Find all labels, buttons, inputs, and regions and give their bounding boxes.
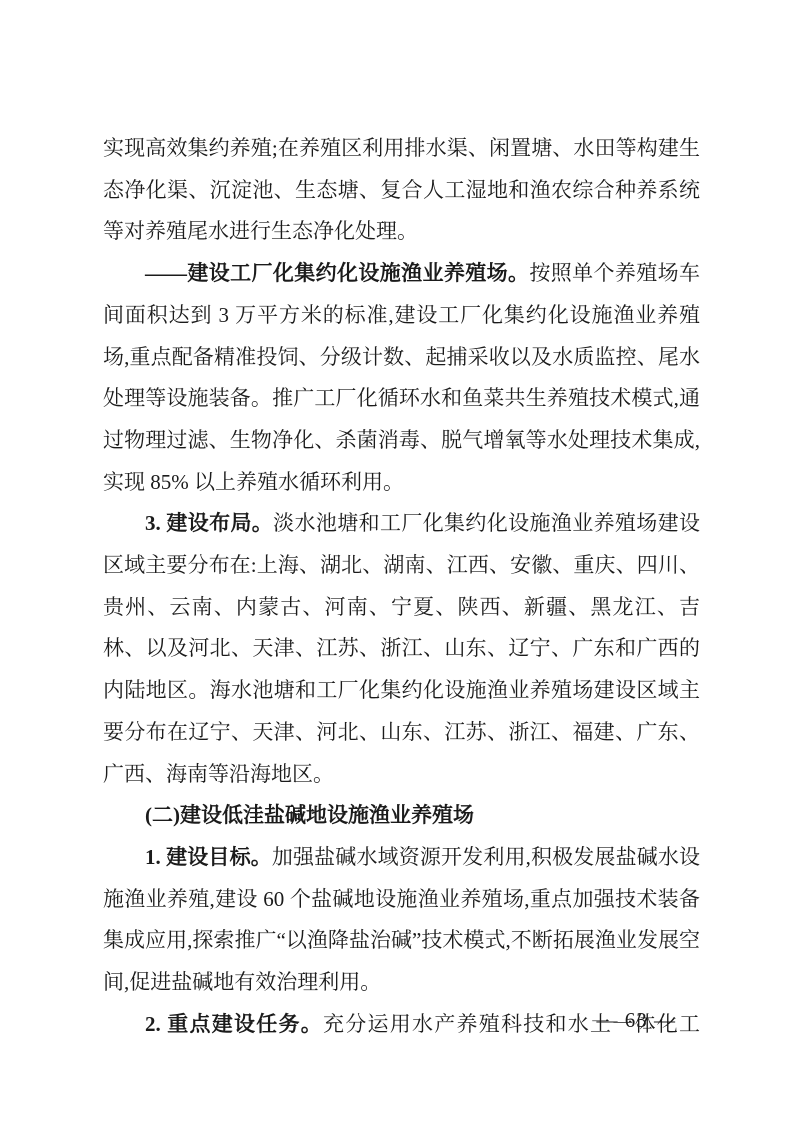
section-heading-text: (二)建设低洼盐碱地设施渔业养殖场 <box>145 803 474 827</box>
paragraph-lead: ——建设工厂化集约化设施渔业养殖场。 <box>145 261 529 285</box>
text-block: 实现高效集约养殖;在养殖区利用排水渠、闲置塘、水田等构建生态净化渠、沉淀池、生态… <box>103 128 700 1045</box>
document-page: 实现高效集约养殖;在养殖区利用排水渠、闲置塘、水田等构建生态净化渠、沉淀池、生态… <box>0 0 794 1123</box>
paragraph-text: 按照单个养殖场车间面积达到 3 万平方米的标准,建设工厂化集约化设施渔业养殖场,… <box>103 261 700 494</box>
paragraph-lead: 3. 建设布局。 <box>145 511 273 535</box>
page-number: — 63 — <box>597 1007 677 1033</box>
paragraph-lead: 1. 建设目标。 <box>145 845 272 869</box>
paragraph-text: 淡水池塘和工厂化集约化设施渔业养殖场建设区域主要分布在:上海、湖北、湖南、江西、… <box>103 511 700 785</box>
paragraph-construction-layout: 3. 建设布局。淡水池塘和工厂化集约化设施渔业养殖场建设区域主要分布在:上海、湖… <box>103 503 700 795</box>
paragraph-factory-farm: ——建设工厂化集约化设施渔业养殖场。按照单个养殖场车间面积达到 3 万平方米的标… <box>103 253 700 503</box>
paragraph-text: 实现高效集约养殖;在养殖区利用排水渠、闲置塘、水田等构建生态净化渠、沉淀池、生态… <box>103 136 700 243</box>
section-heading-saline-alkali: (二)建设低洼盐碱地设施渔业养殖场 <box>103 795 700 837</box>
paragraph-continuation: 实现高效集约养殖;在养殖区利用排水渠、闲置塘、水田等构建生态净化渠、沉淀池、生态… <box>103 128 700 253</box>
paragraph-construction-goal: 1. 建设目标。加强盐碱水域资源开发利用,积极发展盐碱水设施渔业养殖,建设 60… <box>103 837 700 1004</box>
paragraph-lead: 2. 重点建设任务。 <box>145 1012 323 1036</box>
